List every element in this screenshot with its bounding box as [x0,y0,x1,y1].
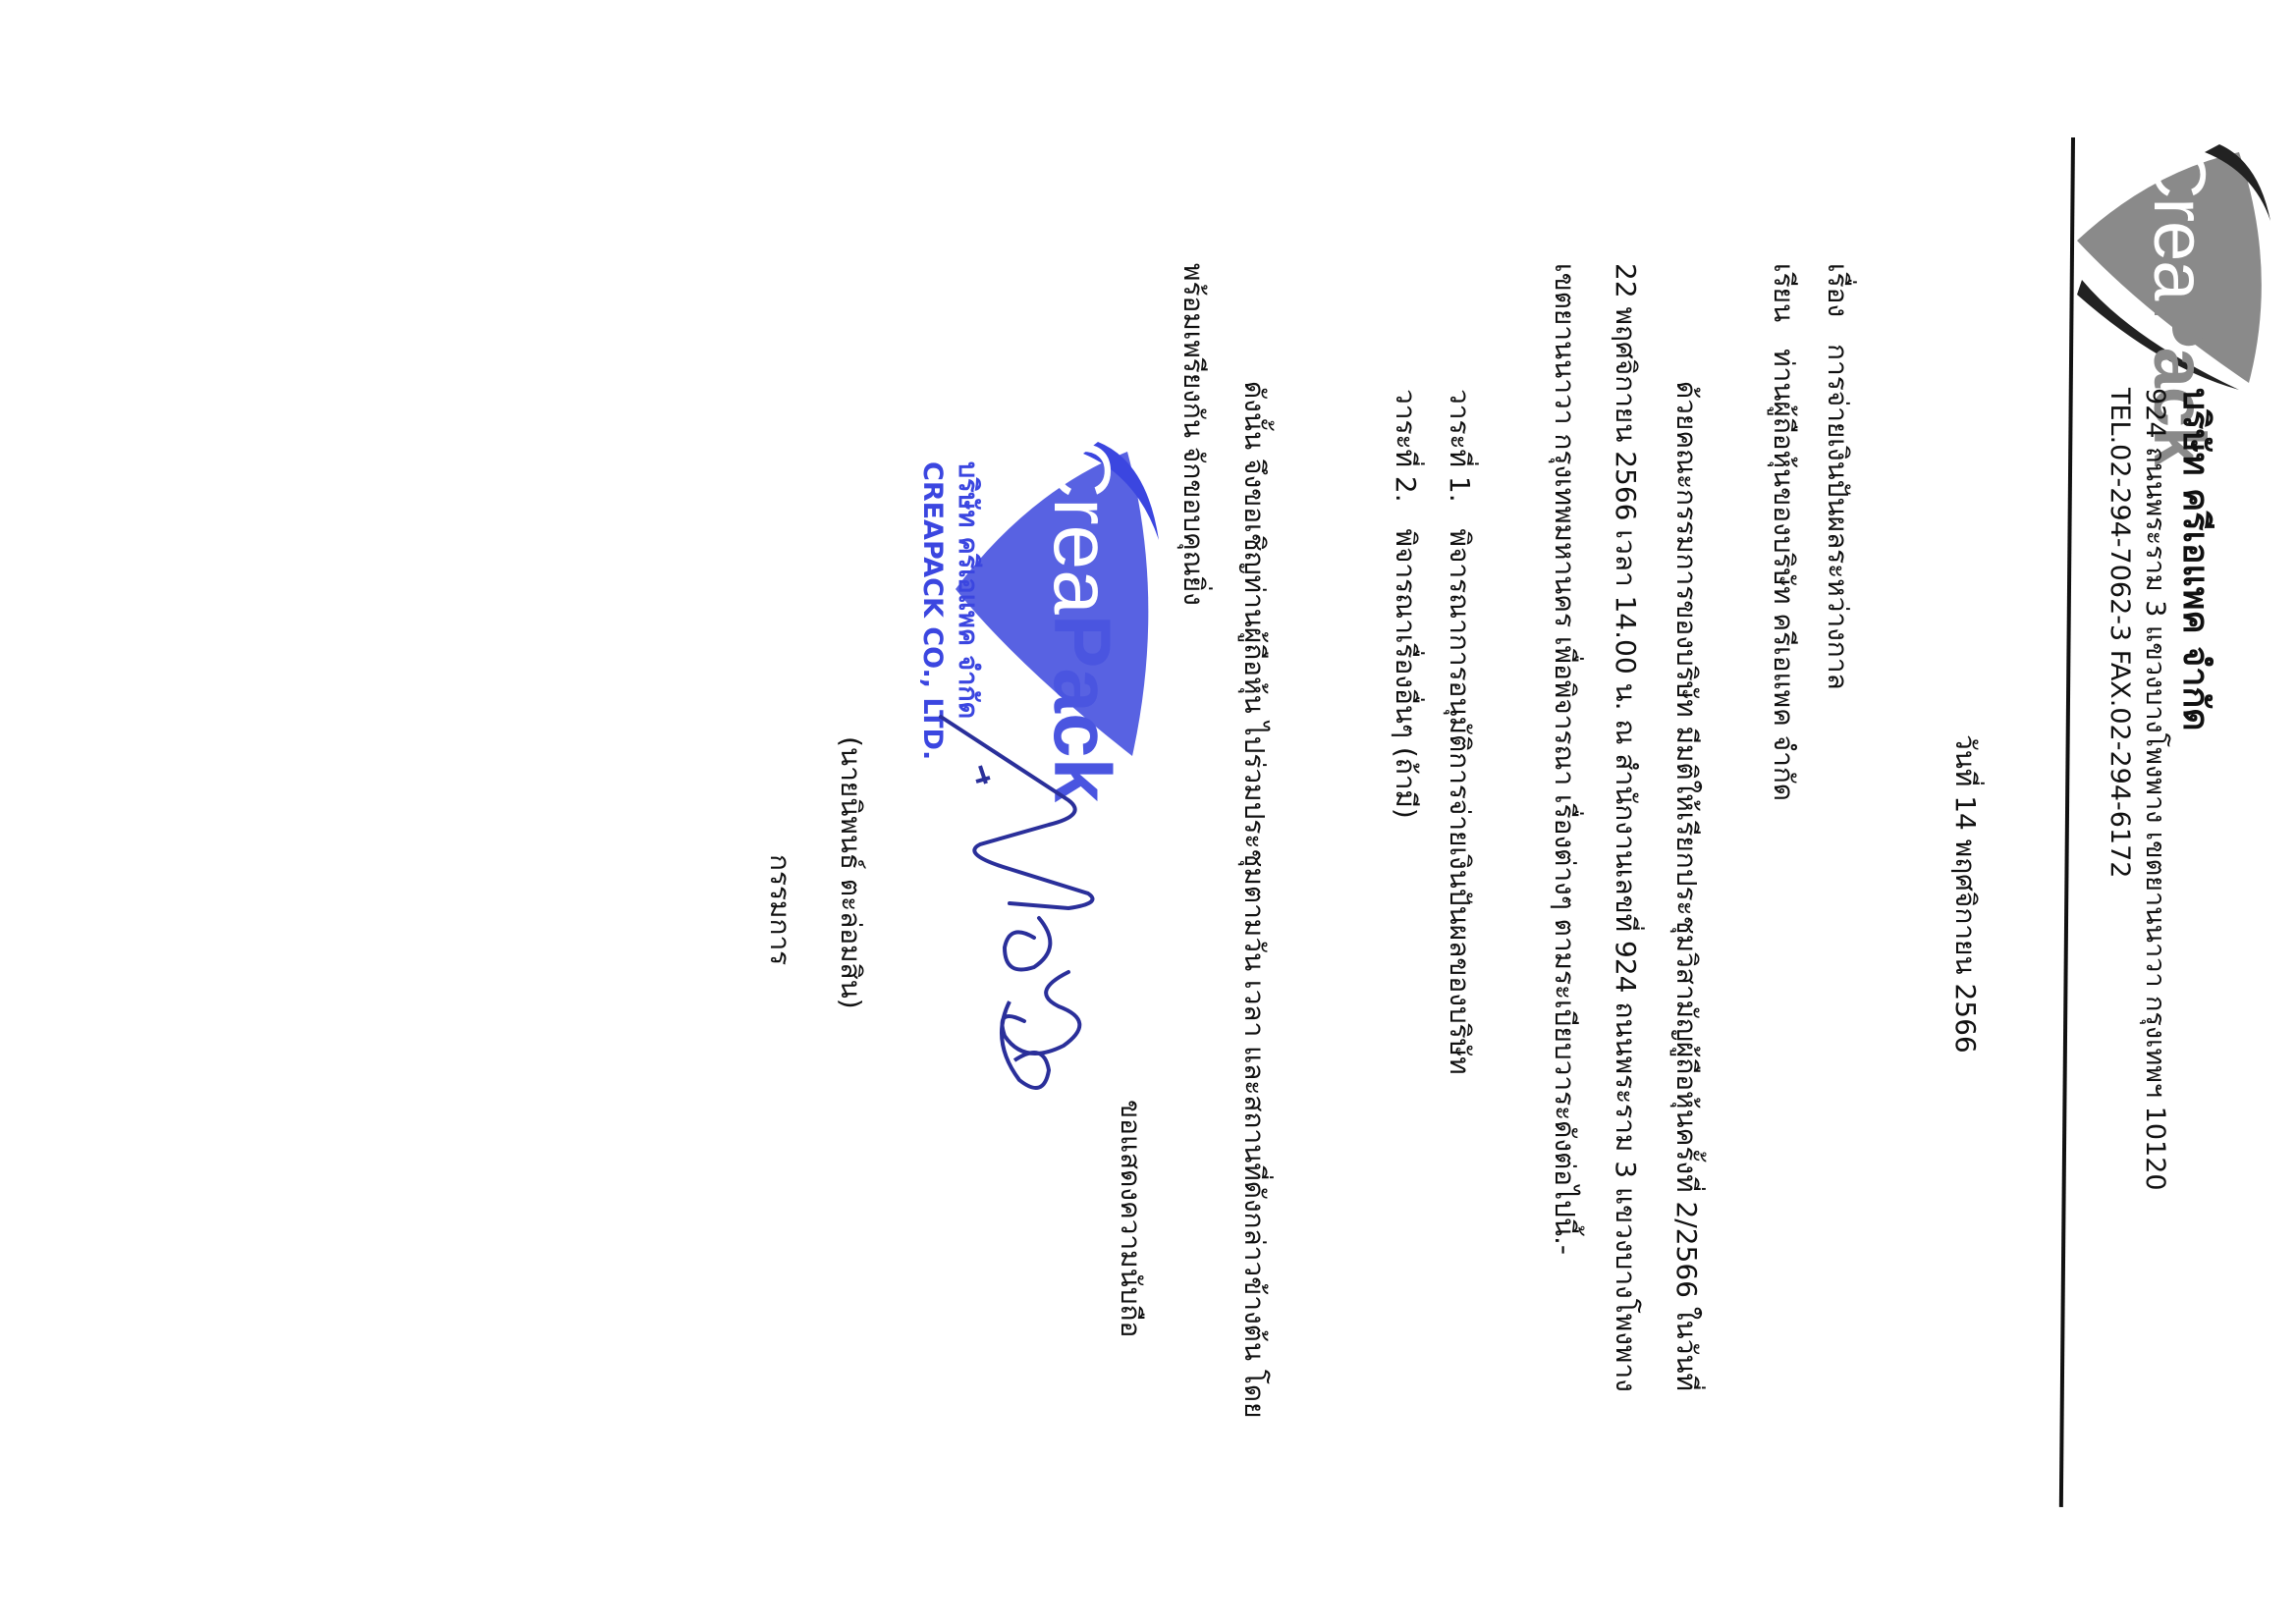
salutation-label: เรียน [1768,263,1800,322]
signer-title: กรรมการ [758,854,801,965]
agenda-label: วาระที่ 1. [1444,389,1476,503]
stamp-word-crea: Crea [1037,440,1126,615]
logo-word-crea: Crea [2139,146,2220,299]
handwritten-signature-icon [931,707,1127,1119]
company-name: บริษัท ครีเอแพค จำกัด [2172,388,2217,1191]
agenda-label: วาระที่ 2. [1390,389,1422,503]
body-paragraph-1: ด้วยคณะกรรมการของบริษัท มีมติให้เรียกประ… [1534,263,1717,1422]
company-address: 924 ถนนพระราม 3 แขวงบางโพงพาง เขตยานนาวา… [2137,388,2172,1191]
closing-phrase: ขอแสดงความนับถือ [1109,1100,1152,1337]
subject-text: การจ่ายเงินปันผลระหว่างกาล [1822,344,1854,690]
subject-label: เรื่อง [1822,263,1854,317]
signer-name: (นายนิพนธ์ ตะล่อมสิน) [829,736,872,1009]
letter-page: CreaPack บริษัท ครีเอแพค จำกัด 924 ถนนพร… [0,0,2296,1623]
agenda-text: พิจารณาเรื่องอื่นๆ (ถ้ามี) [1390,529,1422,819]
letter-subject: เรื่อง การจ่ายเงินปันผลระหว่างกาล [1816,263,1859,690]
company-info: บริษัท ครีเอแพค จำกัด 924 ถนนพระราม 3 แข… [2102,388,2217,1191]
salutation-text: ท่านผู้ถือหุ้นของบริษัท ครีเอแพค จำกัด [1768,349,1800,801]
body-paragraph-2: ดังนั้น จึงขอเชิญท่านผู้ถือหุ้น ไปร่วมปร… [1163,263,1285,1422]
letter-date: วันที่ 14 พฤศจิกายน 2566 [1943,734,1987,1054]
agenda-text: พิจารณาการอนุมัติการจ่ายเงินปันผลของบริษ… [1444,529,1476,1075]
company-contact: TEL.02-294-7062-3 FAX.02-294-6172 [2102,388,2137,1191]
agenda-item-2: วาระที่ 2. พิจารณาเรื่องอื่นๆ (ถ้ามี) [1384,389,1427,819]
company-logo: CreaPack [2057,133,2278,407]
letter-salutation: เรียน ท่านผู้ถือหุ้นของบริษัท ครีเอแพค จ… [1762,263,1805,801]
agenda-item-1: วาระที่ 1. พิจารณาการอนุมัติการจ่ายเงินป… [1438,389,1481,1075]
